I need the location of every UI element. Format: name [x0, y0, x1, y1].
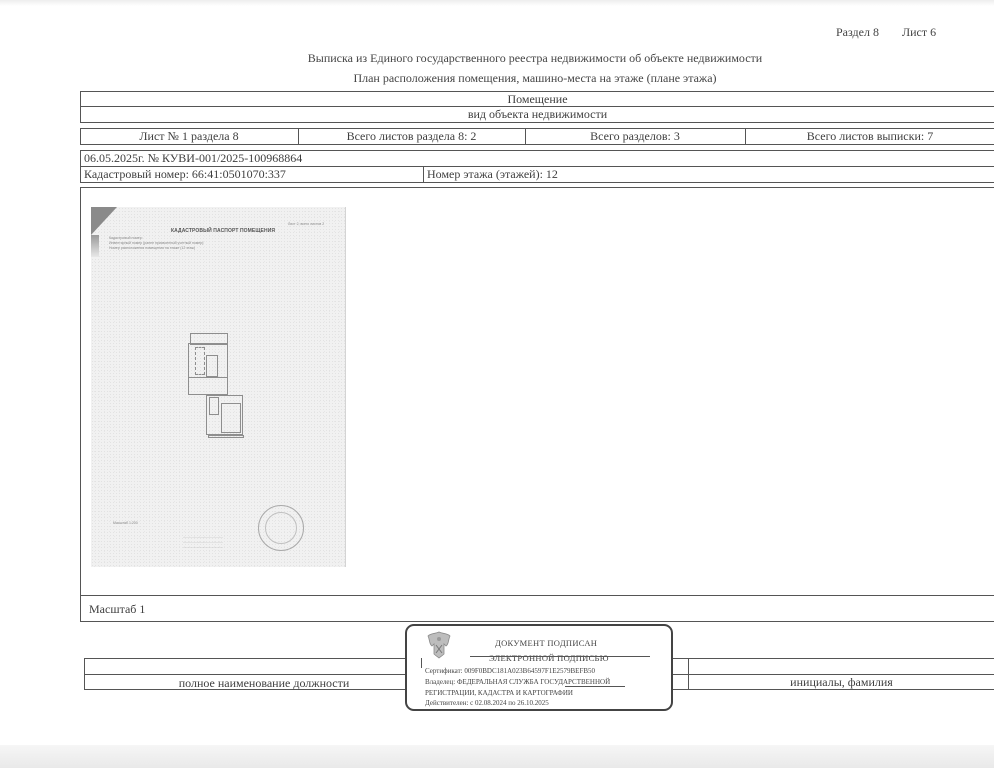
page-bottom-shade	[0, 745, 994, 768]
sheet-number: Лист 6	[902, 25, 936, 40]
plan-room	[221, 403, 241, 433]
plan-sheet-note: Лист 2, всего листов 2	[288, 222, 324, 226]
divider	[423, 166, 424, 183]
page-top-shade	[0, 0, 994, 6]
certificate-owner: Владелец: ФЕДЕРАЛЬНАЯ СЛУЖБА ГОСУДАРСТВЕ…	[425, 678, 610, 686]
floor-number: Номер этажа (этажей): 12	[427, 167, 558, 182]
plan-balcony	[208, 435, 244, 438]
total-sheets-extract: Всего листов выписки: 7	[745, 129, 994, 144]
coat-of-arms-icon	[425, 630, 453, 660]
position-caption: полное наименование должности	[84, 676, 444, 691]
section-number: Раздел 8	[836, 25, 879, 40]
divider	[80, 595, 994, 596]
scan-corner-shadow	[91, 207, 117, 235]
electronic-signature-stamp: ДОКУМЕНТ ПОДПИСАН ЭЛЕКТРОННОЙ ПОДПИСЬЮ С…	[405, 624, 673, 711]
plan-text-line: Инвентарный номер (ранее присвоенный уче…	[109, 241, 204, 245]
plan-title: КАДАСТРОВЫЙ ПАСПОРТ ПОМЕЩЕНИЯ	[171, 228, 275, 234]
cadastral-number: Кадастровый номер: 66:41:0501070:337	[84, 167, 286, 182]
certificate-number: Сертификат: 009F0BDC181A023B64597F1E2579…	[425, 667, 595, 675]
stamp-tick	[421, 658, 422, 668]
floor-plan-image: Лист 2, всего листов 2 КАДАСТРОВЫЙ ПАСПО…	[91, 207, 346, 567]
certificate-owner-2: РЕГИСТРАЦИИ, КАДАСТРА И КАРТОГРАФИИ	[425, 689, 573, 697]
plan-footer-text: ........................................…	[183, 540, 223, 544]
object-type-value: Помещение	[80, 92, 994, 107]
scale-label: Масштаб 1	[89, 602, 145, 617]
document-subtitle: План расположения помещения, машино-мест…	[0, 71, 994, 86]
stamp-underline	[470, 656, 650, 657]
plan-room	[188, 377, 228, 395]
plan-footer-text: ........................................…	[183, 535, 223, 539]
signed-heading: ДОКУМЕНТ ПОДПИСАН	[495, 638, 597, 648]
object-type-caption: вид объекта недвижимости	[80, 107, 994, 122]
plan-text-line: Номер расположения помещения на этаже (1…	[109, 246, 195, 250]
document-title: Выписка из Единого государственного реес…	[0, 51, 994, 66]
plan-room	[209, 397, 219, 415]
plan-room	[206, 355, 218, 377]
signed-heading-2: ЭЛЕКТРОННОЙ ПОДПИСЬЮ	[489, 653, 609, 663]
scan-corner-shadow	[91, 235, 99, 257]
date-and-number: 06.05.2025г. № КУВИ-001/2025-100968864	[84, 151, 302, 166]
plan-scale-note: Масштаб 1:200	[113, 521, 138, 525]
name-caption: инициалы, фамилия	[688, 675, 994, 690]
sheet-of-section: Лист № 1 раздела 8	[80, 129, 298, 144]
total-sections: Всего разделов: 3	[525, 129, 745, 144]
plan-footer-text: ........................................…	[183, 545, 223, 549]
stamp-underline	[565, 686, 625, 687]
round-seal	[258, 505, 304, 551]
plan-stairs	[195, 347, 205, 375]
total-sheets-section: Всего листов раздела 8: 2	[298, 129, 525, 144]
certificate-validity: Действителен: с 02.08.2024 по 26.10.2025	[425, 699, 549, 707]
plan-text-line: Кадастровый номер:	[109, 236, 143, 240]
